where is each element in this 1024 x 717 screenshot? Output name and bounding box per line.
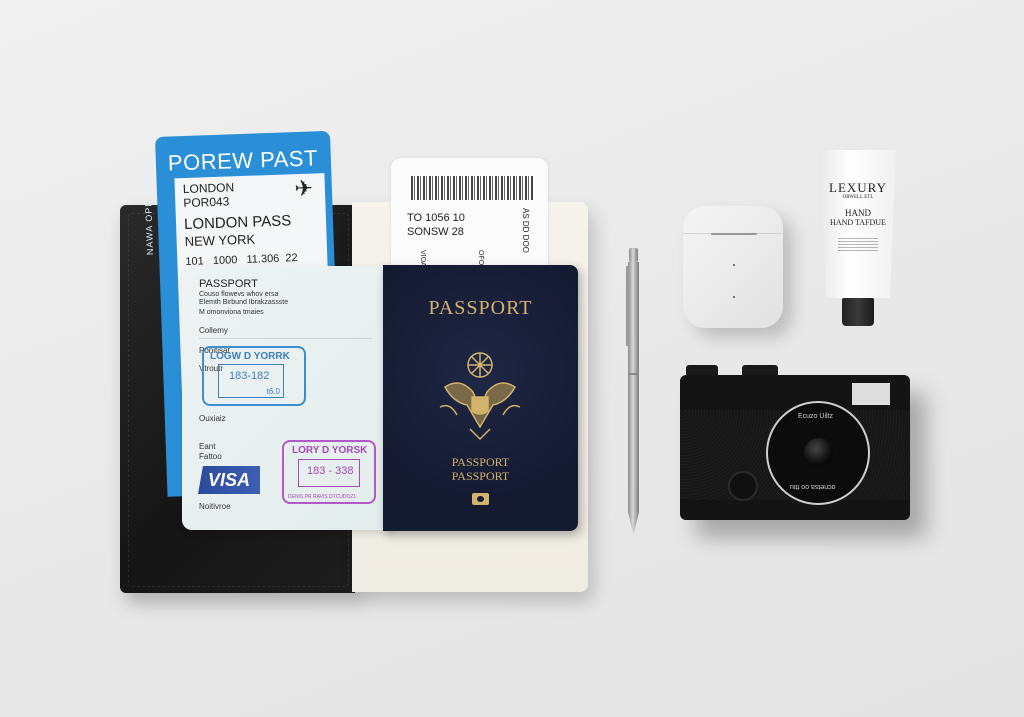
status-light: [733, 264, 735, 266]
boarding-pass-header: POREW PAST: [167, 145, 318, 176]
stamp-purple-footer: DENIS PR RAVIS DTCUDOZL: [288, 494, 356, 500]
cream-product-line-1: HAND: [820, 208, 896, 218]
camera: Ecuzo Uiltz ocnetsa oo ttiu: [680, 365, 910, 520]
divider: [199, 338, 372, 339]
cream-brand: LEXURY: [820, 180, 896, 196]
pen: [625, 248, 641, 533]
data-page-line-1: Couso flowevs whov ersa: [199, 291, 278, 298]
boarding-pass-line-2: POR043: [183, 194, 229, 210]
data-page-field-1: Collemy: [199, 326, 228, 335]
ticket-side-text: AS DD DOO: [521, 208, 530, 253]
ticket-row-1: TO 1056 10: [407, 212, 465, 224]
passport-data-page: PASSPORT Couso flowevs whov ersa Elemth …: [182, 266, 392, 530]
cream-brand-sub: ORWELL ETL: [820, 195, 896, 200]
cream-product-line-2: HAND TAFDUE: [820, 218, 896, 227]
passport-cover: PASSPORT PASSPORT PASSPORT: [383, 265, 578, 531]
data-page-field-9: Noitivroe: [199, 502, 231, 511]
stamp-blue-box: 183-182 t6.0: [218, 364, 284, 398]
data-page-line-2: Elemth Birbund Ibrakzassste: [199, 299, 288, 306]
lens-text-top: Ecuzo Uiltz: [798, 413, 833, 420]
entry-stamp-blue: LOGW D YORRK 183-182 t6.0: [202, 346, 306, 406]
earbuds-case: [683, 206, 783, 328]
airplane-icon: ✈: [294, 176, 313, 203]
viewfinder-window: [852, 383, 890, 405]
visa-label: VISA: [198, 466, 260, 494]
entry-stamp-purple: LORY D YORSK 183 - 338 DENIS PR RAVIS DT…: [282, 440, 376, 504]
data-page-field-8: Fattoo: [199, 452, 222, 461]
data-page-field-7: Eant: [199, 442, 215, 451]
passport-subtitle-1: PASSPORT: [383, 455, 578, 470]
stamp-purple-title: LORY D YORSK: [292, 445, 367, 456]
stamp-blue-title: LOGW D YORRK: [210, 351, 290, 362]
eagle-seal-icon: [435, 347, 525, 442]
data-page-field-6: Ouxiaiz: [199, 414, 226, 423]
biometric-chip-icon: [472, 493, 489, 505]
tube-cap: [842, 298, 874, 326]
stamp-purple-box: 183 - 338: [298, 459, 360, 487]
ticket-bottom-text-2: OFO: [477, 250, 484, 265]
barcode-icon: [411, 176, 533, 200]
camera-button: [728, 471, 758, 501]
cream-fine-print: [838, 238, 878, 252]
stamp-purple-number: 183 - 338: [307, 465, 353, 477]
stamp-blue-sub: t6.0: [267, 387, 280, 396]
data-page-line-3: M omonviona tmaies: [199, 309, 264, 316]
ticket-row-2: SONSW 28: [407, 226, 464, 238]
sensor-dot: [733, 296, 735, 298]
lens-glass: [804, 438, 834, 468]
lens-text-bottom: ocnetsa oo ttiu: [790, 483, 836, 490]
hand-cream-tube: LEXURY ORWELL ETL HAND HAND TAFDUE: [820, 150, 896, 328]
passport-subtitle-2: PASSPORT: [383, 469, 578, 484]
boarding-pass-line-4: NEW YORK: [184, 232, 255, 249]
passport-title: PASSPORT: [383, 297, 578, 320]
stamp-blue-number: 183-182: [229, 370, 269, 382]
data-page-title: PASSPORT: [199, 278, 258, 290]
boarding-pass-line-3: LONDON PASS: [184, 212, 292, 233]
boarding-pass-side-text: NAWA OPD NOGUD: [142, 157, 155, 255]
earbuds-case-slot: [711, 233, 757, 235]
boarding-pass-white: TO 1056 10 SONSW 28 AS DD DOO VIOA OFO: [391, 158, 548, 278]
